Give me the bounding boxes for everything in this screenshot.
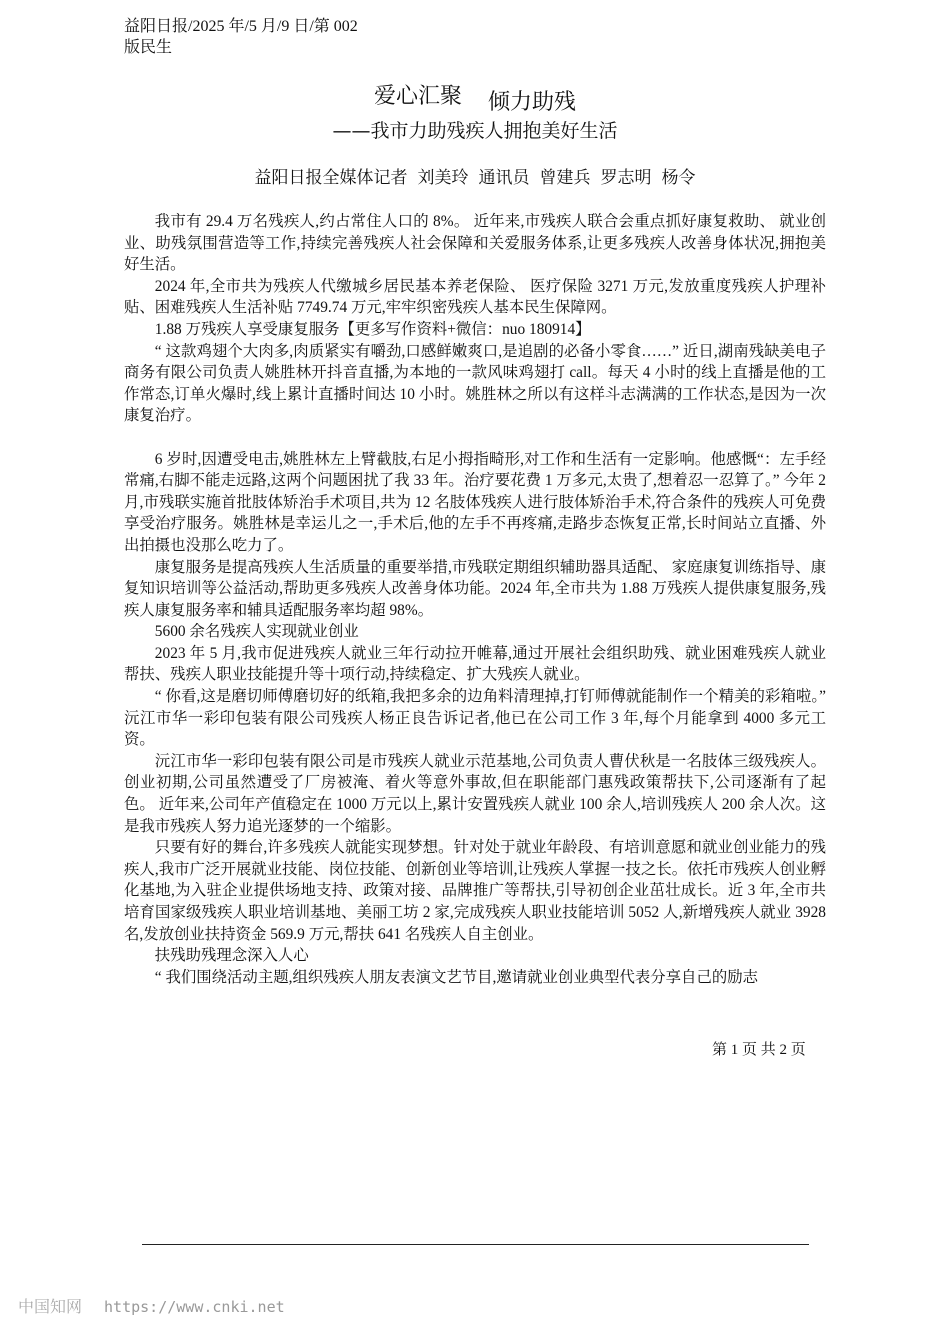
watermark-name: 中国知网 <box>18 1297 82 1316</box>
watermark-url[interactable]: https://www.cnki.net <box>104 1298 285 1316</box>
byline: 益阳日报全媒体记者刘美玲通讯员曾建兵罗志明杨令 <box>0 166 950 190</box>
source-line-1: 益阳日报/2025 年/5 月/9 日/第 002 <box>124 16 358 37</box>
paragraph: 2024 年,全市共为残疾人代缴城乡居民基本养老保险、 医疗保险 3271 万元… <box>124 276 826 319</box>
paragraph: 只要有好的舞台,许多残疾人就能实现梦想。针对处于就业年龄段、有培训意愿和就业创业… <box>124 837 826 945</box>
footer-divider <box>142 1244 809 1245</box>
article-body: 我市有 29.4 万名残疾人,约占常住人口的 8%。 近年来,市残疾人联合会重点… <box>124 211 826 988</box>
article-title: 爱心汇聚倾力助残 <box>0 82 950 112</box>
paragraph: 2023 年 5 月,我市促进残疾人就业三年行动拉开帷幕,通过开展社会组织助残、… <box>124 643 826 686</box>
byline-contributor: 罗志明 <box>601 168 652 188</box>
title-part-1: 爱心汇聚 <box>374 84 462 109</box>
page-indicator: 第 1 页 共 2 页 <box>712 1038 806 1059</box>
byline-contributor: 杨令 <box>662 168 696 188</box>
paragraph: “ 你看,这是磨切师傅磨切好的纸箱,我把多余的边角料清理掉,打钉师傅就能制作一个… <box>124 686 826 751</box>
watermark: 中国知网https://www.cnki.net <box>18 1294 285 1317</box>
paragraph: 6 岁时,因遭受电击,姚胜林左上臂截肢,右足小拇指畸形,对工作和生活有一定影响。… <box>124 449 826 557</box>
byline-reporter: 刘美玲 <box>418 168 469 188</box>
publication-source: 益阳日报/2025 年/5 月/9 日/第 002 版民生 <box>124 16 358 58</box>
paragraph: “ 这款鸡翅个大肉多,肉质紧实有嚼劲,口感鲜嫩爽口,是追剧的必备小零食……” 近… <box>124 341 826 427</box>
paragraph: “ 我们围绕活动主题,组织残疾人朋友表演文艺节目,邀请就业创业典型代表分享自己的… <box>124 967 826 989</box>
paragraph: 康复服务是提高残疾人生活质量的重要举措,市残联定期组织辅助器具适配、 家庭康复训… <box>124 557 826 622</box>
byline-org: 益阳日报全媒体记者 <box>255 168 408 188</box>
title-part-2: 倾力助残 <box>488 88 576 118</box>
paragraph: 沅江市华一彩印包装有限公司是市残疾人就业示范基地,公司负责人曹伏秋是一名肢体三级… <box>124 751 826 837</box>
article-subtitle: ——我市力助残疾人拥抱美好生活 <box>0 118 950 144</box>
byline-contributor: 曾建兵 <box>540 168 591 188</box>
byline-role: 通讯员 <box>479 168 530 188</box>
source-line-2: 版民生 <box>124 37 358 58</box>
section-heading: 扶残助残理念深入人心 <box>124 945 826 967</box>
section-heading: 1.88 万残疾人享受康复服务【更多写作资料+微信：nuo 180914】 <box>124 319 826 341</box>
paragraph: 我市有 29.4 万名残疾人,约占常住人口的 8%。 近年来,市残疾人联合会重点… <box>124 211 826 276</box>
section-heading: 5600 余名残疾人实现就业创业 <box>124 621 826 643</box>
